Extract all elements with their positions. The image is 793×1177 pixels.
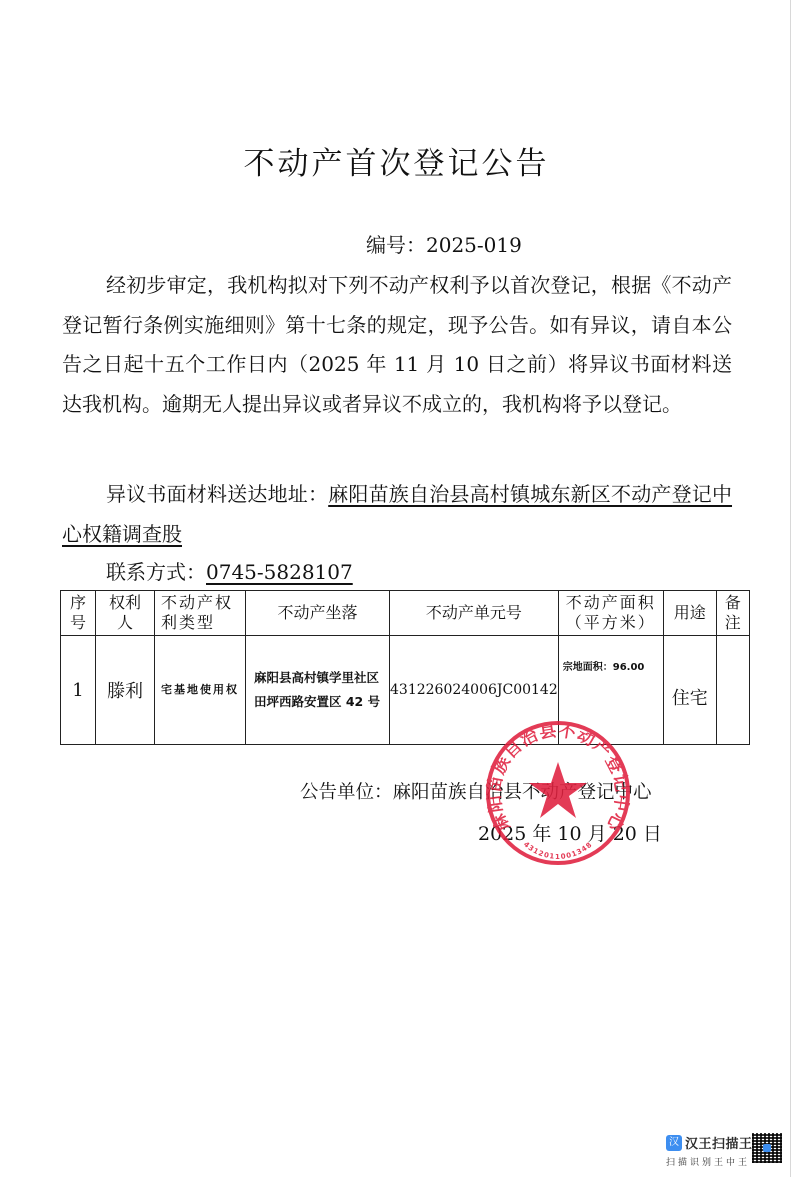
cell-usage: 住宅	[663, 636, 716, 745]
cell-remarks	[716, 636, 749, 745]
contact-block: 联系方式：0745-5828107	[62, 553, 732, 593]
body-paragraph: 经初步审定，我机构拟对下列不动产权利予以首次登记，根据《不动产登记暂行条例实施细…	[62, 266, 732, 424]
issuer-label: 公告单位：	[300, 782, 393, 803]
watermark-slogan: 扫描识别王中王	[666, 1155, 750, 1168]
cell-seq: 1	[61, 636, 96, 745]
watermark-app-name: 汉王扫描王	[685, 1133, 753, 1152]
objection-address-label: 异议书面材料送达地址：	[106, 482, 328, 506]
seal-star-icon	[529, 762, 587, 818]
registration-table: 序号 权利人 不动产权利类型 不动产坐落 不动产单元号 不动产面积（平方米） 用…	[60, 590, 750, 745]
header-seq: 序号	[61, 591, 96, 636]
header-usage: 用途	[663, 591, 716, 636]
header-area: 不动产面积（平方米）	[558, 591, 663, 636]
official-seal-icon: 麻阳苗族自治县不动产登记中心 4312011001348	[478, 718, 638, 868]
page-title: 不动产首次登记公告	[0, 138, 793, 183]
table-row: 1 滕利 宅基地使用权 麻阳县高村镇学里社区田坪西路安置区 42 号 43122…	[61, 636, 750, 745]
contact-phone: 0745-5828107	[206, 560, 353, 584]
table-header-row: 序号 权利人 不动产权利类型 不动产坐落 不动产单元号 不动产面积（平方米） 用…	[61, 591, 750, 636]
document-number-value: 2025-019	[426, 233, 522, 257]
header-right-type: 不动产权利类型	[155, 591, 246, 636]
document-number: 编号：2025-019	[366, 229, 522, 258]
cell-right-type: 宅基地使用权	[155, 636, 246, 745]
header-unit-no: 不动产单元号	[390, 591, 559, 636]
objection-address-block: 异议书面材料送达地址：麻阳苗族自治县高村镇城东新区不动产登记中心权籍调查股	[62, 475, 732, 554]
cell-location: 麻阳县高村镇学里社区田坪西路安置区 42 号	[246, 636, 390, 745]
scanner-watermark: 汉 汉王扫描王 扫描识别王中王	[664, 1133, 784, 1169]
hanwang-logo-icon: 汉	[666, 1135, 682, 1151]
header-location: 不动产坐落	[246, 591, 390, 636]
qr-code-icon	[752, 1133, 782, 1163]
cell-owner: 滕利	[96, 636, 155, 745]
announcement-body: 经初步审定，我机构拟对下列不动产权利予以首次登记，根据《不动产登记暂行条例实施细…	[62, 266, 732, 424]
header-remarks: 备注	[716, 591, 749, 636]
header-owner: 权利人	[96, 591, 155, 636]
document-number-label: 编号：	[366, 233, 426, 257]
contact-label: 联系方式：	[106, 560, 206, 584]
